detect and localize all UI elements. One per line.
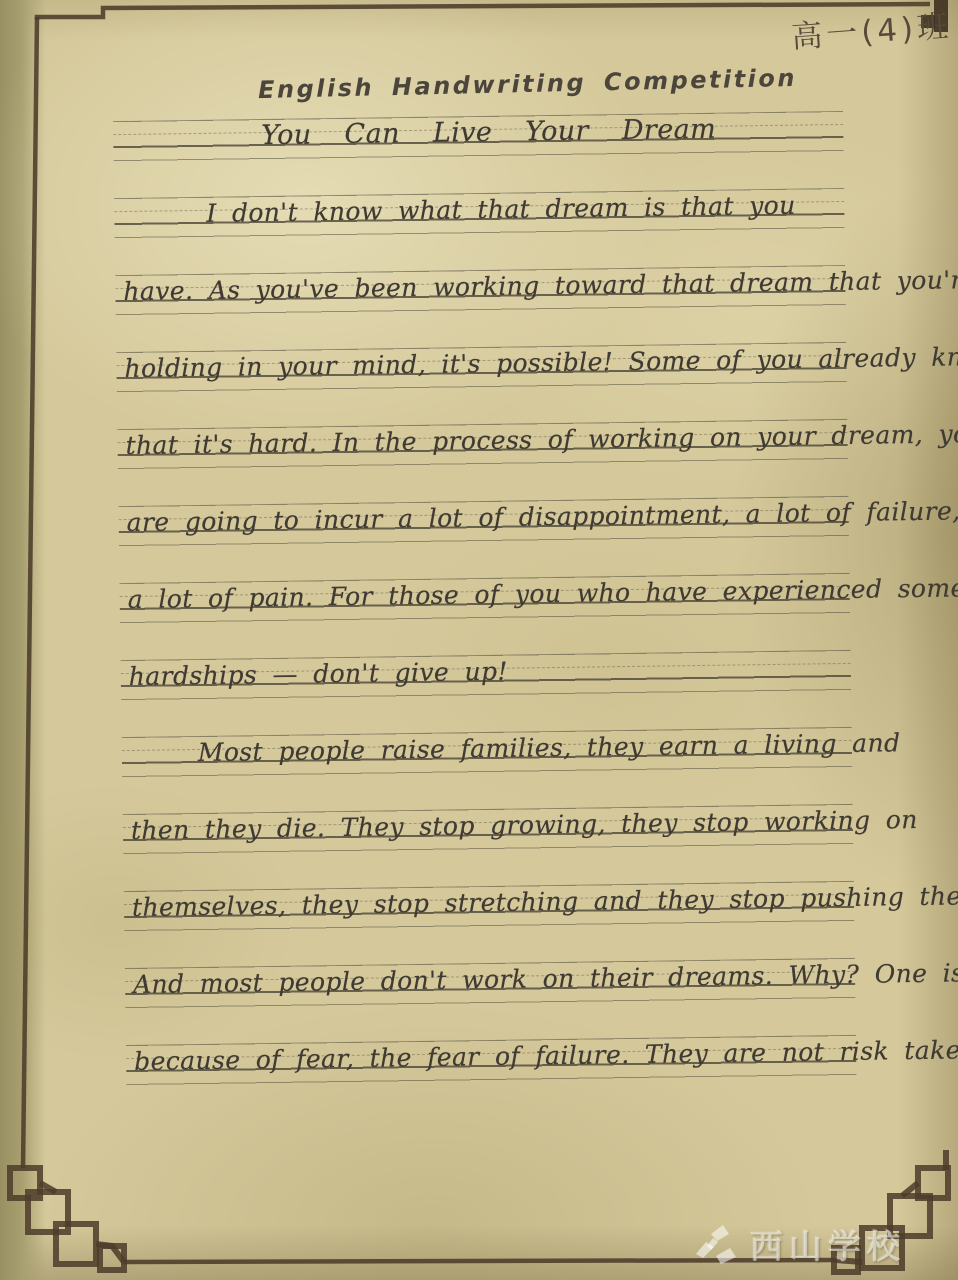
writing-staff: have. As you've been working toward that…: [115, 265, 846, 316]
essay-line: Most people raise families, they earn a …: [198, 726, 901, 770]
essay-line: hardships — don't give up!: [129, 655, 509, 694]
essay-line: then they die. They stop growing, they s…: [131, 803, 918, 848]
writing-staff: then they die. They stop growing, they s…: [123, 804, 854, 855]
writing-staff: hardships — don't give up!: [121, 650, 852, 701]
fret-ornament-bottom-left: [10, 1168, 124, 1270]
school-name: 西山学校: [750, 1221, 906, 1268]
writing-staff: holding in your mind, it's possible! Som…: [116, 342, 847, 393]
essay-line: a lot of pain. For those of you who have…: [127, 571, 958, 617]
writing-staff: I don't know what that dream is that you: [114, 188, 845, 239]
writing-staff: that it's hard. In the process of workin…: [117, 419, 848, 470]
writing-staff: And most people don't work on their drea…: [125, 958, 856, 1009]
school-watermark: 西山学校: [694, 1221, 906, 1268]
handwriting-photo: 高一(4)班 English Handwriting Competition Y…: [0, 0, 958, 1280]
writing-staff: are going to incur a lot of disappointme…: [118, 496, 849, 547]
essay-line: I don't know what that dream is that you: [206, 189, 796, 231]
essay-line: that it's hard. In the process of workin…: [125, 417, 958, 463]
xishan-school-logo-icon: [694, 1224, 740, 1266]
class-label: 高一(4)班: [790, 0, 954, 56]
writing-staff: You Can Live Your Dream: [113, 111, 844, 162]
writing-staff: a lot of pain. For those of you who have…: [119, 573, 850, 624]
border-left-line: [23, 17, 37, 1168]
essay-line: themselves, they stop stretching and the…: [132, 878, 958, 925]
essay-line: And most people don't work on their drea…: [133, 956, 958, 1002]
essay-body: You Can Live Your Dream I don't know wha…: [113, 111, 857, 1122]
competition-title: English Handwriting Competition: [258, 64, 797, 104]
essay-line: holding in your mind, it's possible! Som…: [124, 340, 958, 386]
writing-staff: Most people raise families, they earn a …: [122, 727, 853, 778]
essay-line: are going to incur a lot of disappointme…: [126, 494, 958, 540]
essay-heading: You Can Live Your Dream: [261, 113, 716, 153]
writing-staff: because of fear, the fear of failure. Th…: [126, 1035, 857, 1086]
essay-line: have. As you've been working toward that…: [123, 263, 958, 309]
essay-line: because of fear, the fear of failure. Th…: [134, 1033, 958, 1079]
writing-staff: themselves, they stop stretching and the…: [124, 881, 855, 932]
